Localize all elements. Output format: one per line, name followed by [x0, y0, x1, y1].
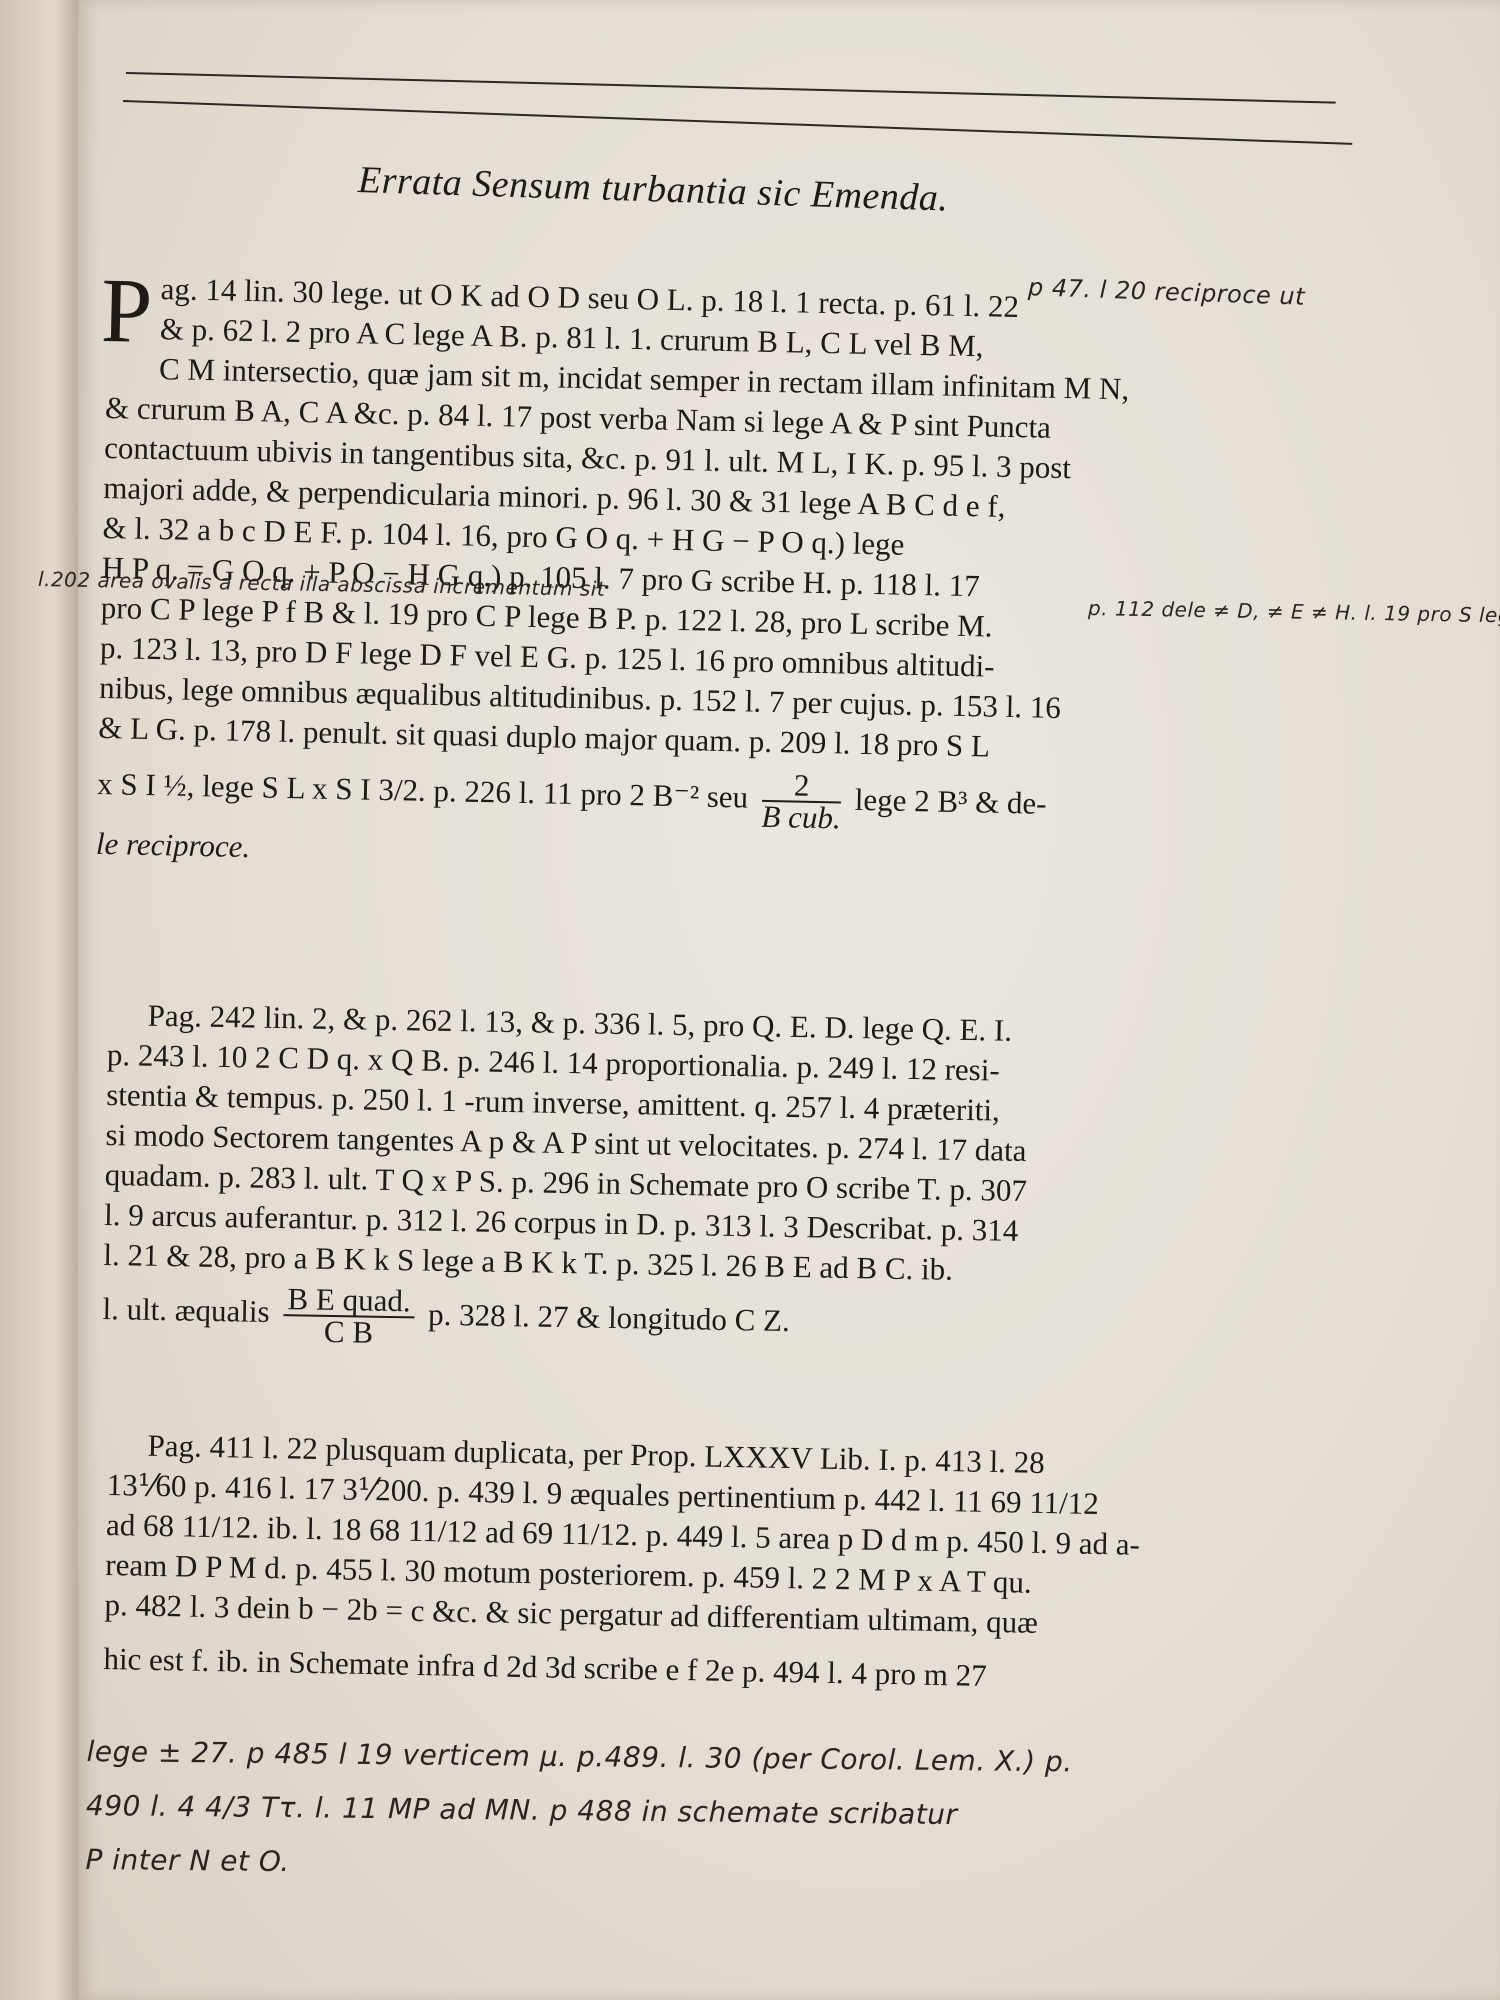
fraction-denominator: C B	[283, 1316, 415, 1348]
errata-page: Errata Sensum turbantia sic Emenda. p 47…	[78, 0, 1500, 2000]
errata-text: x S I ½, lege S L x S I 3/2. p. 226 l. 1…	[97, 766, 749, 815]
header-rule-bottom	[123, 100, 1352, 145]
header-rule-top	[126, 72, 1336, 104]
errata-section-2: Pag. 242 lin. 2, & p. 262 l. 13, & p. 33…	[102, 995, 1328, 1364]
fraction: B E quad. C B	[283, 1284, 415, 1348]
fraction: 2 B cub.	[761, 770, 841, 834]
errata-line-with-fraction: l. ult. æqualis B E quad. C B p. 328 l. …	[102, 1281, 1323, 1364]
handwritten-line: P inter N et O.	[85, 1833, 1072, 1897]
errata-text: p. 328 l. 27 & longitudo C Z.	[428, 1297, 790, 1338]
fraction-denominator: B cub.	[761, 802, 841, 834]
errata-section-3: Pag. 411 l. 22 plusquam duplicata, per P…	[103, 1425, 1328, 1702]
page-title: Errata Sensum turbantia sic Emenda.	[357, 158, 949, 221]
fraction-numerator: B E quad.	[283, 1284, 415, 1318]
errata-line: hic est f. ib. in Schemate infra d 2d 3d…	[103, 1639, 1324, 1702]
errata-text: l. ult. æqualis	[102, 1291, 270, 1329]
handwritten-notes-bottom: lege ± 27. p 485 l 19 verticem μ. p.489.…	[85, 1725, 1073, 1897]
facing-page-edge	[0, 0, 78, 2000]
errata-text: lege 2 B³ & de-	[854, 782, 1047, 821]
drop-cap: P	[100, 270, 153, 351]
